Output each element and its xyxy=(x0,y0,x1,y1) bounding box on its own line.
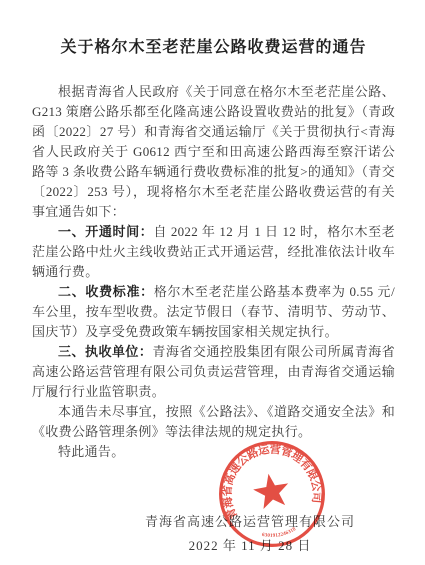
paragraph-toll-standard: 二、收费标准：格尔木至老茫崖公路基本费率为 0.55 元/车公里，按车型收费。法… xyxy=(32,282,395,342)
notice-title: 关于格尔木至老茫崖公路收费运营的通告 xyxy=(32,36,395,60)
paragraph-text: 特此通告。 xyxy=(58,444,125,459)
paragraph-lead: 一、开通时间： xyxy=(58,224,153,239)
paragraph-opening-time: 一、开通时间：自 2022 年 12 月 1 日 12 时，格尔木至老茫崖公路中… xyxy=(32,222,395,282)
paragraph-text: 根据青海省人民政府《关于同意在格尔木至老茫崖公路、G213 策磨公路乐都至化隆高… xyxy=(32,84,395,219)
paragraph-closing: 特此通告。 xyxy=(32,442,395,462)
paragraph-text: 本通告未尽事宜，按照《公路法》、《道路交通安全法》和《收费公路管理条例》等法律法… xyxy=(32,404,395,439)
paragraph-intro: 根据青海省人民政府《关于同意在格尔木至老茫崖公路、G213 策磨公路乐都至化隆高… xyxy=(32,82,395,222)
signature-date: 2022 年 11 月 28 日 xyxy=(145,534,355,558)
paragraph-collecting-unit: 三、执收单位：青海省交通控股集团有限公司所属青海省高速公路运营管理有限公司负责运… xyxy=(32,342,395,402)
signature-block: 青海省高速公路运营管理有限公司 2022 年 11 月 28 日 xyxy=(32,510,395,558)
paragraph-legal-basis: 本通告未尽事宜，按照《公路法》、《道路交通安全法》和《收费公路管理条例》等法律法… xyxy=(32,402,395,442)
paragraph-lead: 三、执收单位： xyxy=(58,344,152,359)
notice-body: 根据青海省人民政府《关于同意在格尔木至老茫崖公路、G213 策磨公路乐都至化隆高… xyxy=(32,82,395,462)
signature-company: 青海省高速公路运营管理有限公司 xyxy=(145,510,355,534)
paragraph-lead: 二、收费标准： xyxy=(58,284,154,299)
seal-star-icon xyxy=(251,471,292,510)
notice-page: 关于格尔木至老茫崖公路收费运营的通告 根据青海省人民政府《关于同意在格尔木至老茫… xyxy=(0,0,425,565)
signature-inner: 青海省高速公路运营管理有限公司 2022 年 11 月 28 日 xyxy=(145,510,355,558)
